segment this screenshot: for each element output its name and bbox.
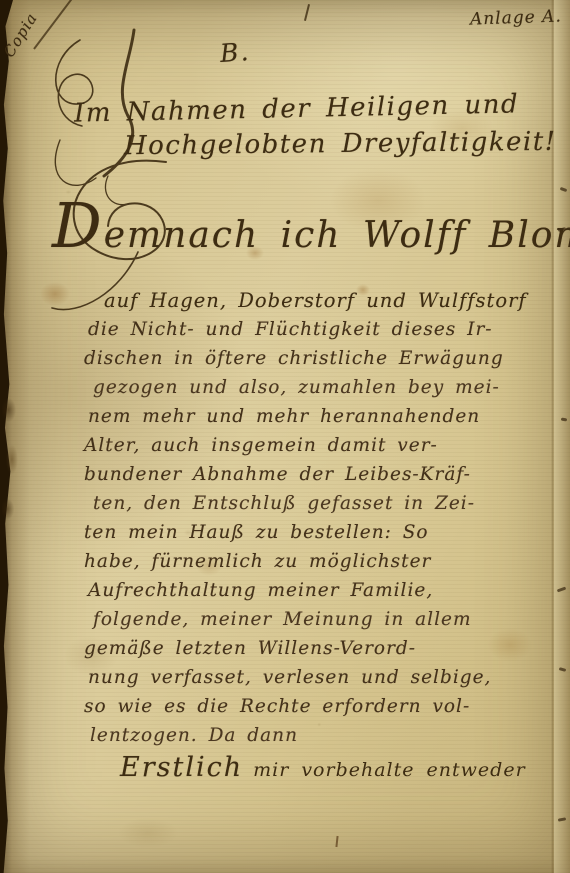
edge-damage-spot bbox=[2, 392, 24, 542]
tick-mark bbox=[304, 4, 310, 21]
body-line: Aufrechthaltung meiner Familie, bbox=[88, 576, 550, 605]
body-line: bundener Abnahme der Leibes-Kräf- bbox=[84, 460, 550, 489]
body-line: so wie es die Rechte erfordern vol- bbox=[84, 692, 550, 721]
closing-line: Erstlichmir vorbehalte entweder bbox=[120, 752, 526, 783]
body-line: gezogen und also, zumahlen bey mei- bbox=[93, 373, 550, 402]
body-text-block: auf Hagen, Doberstorf und Wulffstorf die… bbox=[84, 286, 550, 750]
adjacent-page-ink-fragment bbox=[558, 817, 566, 821]
opening-line: Demnach ich Wolff Blome bbox=[52, 206, 570, 256]
invocation-heading-line-1: Im Nahmen der Heiligen und bbox=[74, 89, 520, 128]
body-line: die Nicht- und Flüchtigkeit dieses Ir- bbox=[88, 315, 550, 344]
section-mark: B. bbox=[219, 37, 251, 68]
closing-line-rest: mir vorbehalte entweder bbox=[253, 759, 526, 781]
body-line: habe, fürnemlich zu möglichster bbox=[84, 547, 550, 576]
body-line: ten, den Entschluß gefasset in Zei- bbox=[93, 489, 550, 518]
body-line: gemäße letzten Willens-Verord- bbox=[84, 634, 550, 663]
body-line: folgende, meiner Meinung in allem bbox=[93, 605, 550, 634]
invocation-heading-line-2: Hochgelobten Dreyfaltigkeit! bbox=[124, 127, 557, 162]
body-line: lentzogen. Da dann bbox=[90, 721, 550, 750]
adjacent-page-ink-fragment bbox=[559, 667, 567, 672]
manuscript-page: Copia Anlage A. B. Im Nahmen der Heilige… bbox=[0, 0, 570, 873]
adjacent-page-ink-fragment bbox=[561, 418, 567, 422]
adjacent-page-ink-fragment bbox=[557, 587, 566, 593]
copy-annotation-slash bbox=[33, 0, 104, 50]
body-line: auf Hagen, Doberstorf und Wulffstorf bbox=[104, 286, 550, 315]
body-line: dischen in öftere christliche Erwägung bbox=[84, 344, 550, 373]
ink-mark bbox=[335, 836, 338, 847]
closing-line-emphasis: Erstlich bbox=[120, 752, 243, 783]
body-line: nung verfasset, verlesen und selbige, bbox=[88, 663, 550, 692]
stain bbox=[118, 818, 178, 848]
adjacent-page-ink-fragment bbox=[560, 187, 568, 192]
body-line: ten mein Hauß zu bestellen: So bbox=[84, 518, 550, 547]
body-line: Alter, auch insgemein damit ver- bbox=[84, 431, 550, 460]
attachment-annotation: Anlage A. bbox=[470, 6, 562, 29]
body-line: nem mehr und mehr herannahenden bbox=[88, 402, 550, 431]
stain bbox=[40, 282, 70, 306]
